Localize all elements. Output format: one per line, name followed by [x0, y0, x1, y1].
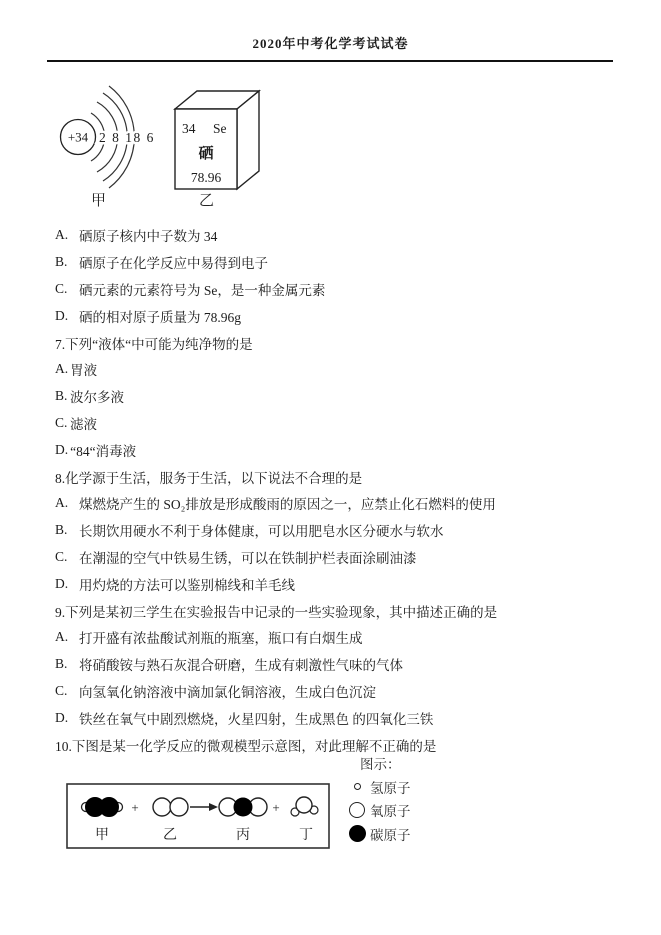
label-jia: 甲: [95, 827, 109, 843]
q9-option-d: D.铁丝在氧气中剧烈燃烧，火星四射，生成黑色 的四氧化三铁: [0, 704, 661, 731]
plus-sign-1: +: [131, 800, 138, 815]
q10-reaction-diagram: + + 甲 乙 丙 丁: [66, 783, 330, 849]
molecule-yi: [153, 798, 188, 816]
label-bing: 丙: [236, 827, 250, 843]
q8-stem: 8.化学源于生活，服务于生活，以下说法不合理的是: [0, 463, 661, 490]
page-title: 2020年中考化学考试试卷: [0, 33, 661, 52]
element-name: 硒: [198, 145, 213, 162]
q7-stem: 7.下列“液体“中可能为纯净物的是: [0, 329, 661, 356]
q9-option-b: B.将硝酸铵与熟石灰混合研磨，生成有刺激性气味的气体: [0, 651, 661, 678]
q7-option-b: B.波尔多液: [0, 383, 661, 410]
q6-figure: +34 2 8 18 6 34 Se 硒 78.96 甲 乙: [45, 85, 295, 213]
q8-option-c: C.在潮湿的空气中铁易生锈，可以在铁制护栏表面涂刷油漆: [0, 544, 661, 571]
exam-page: { "title": "2020年中考化学考试试卷", "q6": { "fig…: [0, 0, 661, 935]
label-ding: 丁: [299, 827, 313, 843]
molecule-bing: [219, 798, 267, 817]
molecule-ding: [291, 797, 318, 816]
q10-stem: 10.下图是某一化学反应的微观模型示意图，对此理解不正确的是: [0, 731, 661, 758]
q7-option-a: A.胃液: [0, 356, 661, 383]
element-cell-cube: 34 Se 硒 78.96: [165, 85, 275, 205]
hydrogen-atom-icon: [344, 783, 370, 790]
q6-option-d: D.硒的相对原子质量为 78.96g: [0, 302, 661, 329]
carbon-atom-icon: [344, 825, 370, 842]
q10-legend: 图示： 氢原子 氧原子 碳原子: [344, 751, 494, 846]
q6-option-c: C.硒元素的元素符号为 Se，是一种金属元素: [0, 276, 661, 303]
legend-item-carbon: 碳原子: [344, 822, 494, 846]
reaction-arrow-icon: [190, 803, 218, 811]
label-yi: 乙: [163, 828, 177, 843]
q7-option-c: C.滤液: [0, 410, 661, 437]
atom-diagram-label: 甲: [91, 189, 106, 210]
legend-item-oxygen: 氧原子: [344, 799, 494, 823]
legend-title: 图示：: [344, 751, 494, 775]
element-symbol: Se: [213, 121, 227, 136]
element-cell-label: 乙: [199, 189, 214, 210]
q9-option-c: C.向氢氧化钠溶液中滴加氯化铜溶液，生成白色沉淀: [0, 678, 661, 705]
q8-option-a: A.煤燃烧产生的 SO₂排放是形成酸雨的原因之一，应禁止化石燃料的使用: [0, 490, 661, 517]
q8-option-d: D.用灼烧的方法可以鉴别棉线和羊毛线: [0, 570, 661, 597]
q6-option-b: B.硒原子在化学反应中易得到电子: [0, 249, 661, 276]
question-text-body: A.硒原子核内中子数为 34 B.硒原子在化学反应中易得到电子 C.硒元素的元素…: [0, 222, 661, 758]
q8-option-b: B.长期饮用硬水不利于身体健康，可以用肥皂水区分硬水与软水: [0, 517, 661, 544]
q9-stem: 9.下列是某初三学生在实验报告中记录的一些实验现象，其中描述正确的是: [0, 597, 661, 624]
oxygen-atom-icon: [344, 802, 370, 818]
q6-option-a: A.硒原子核内中子数为 34: [0, 222, 661, 249]
molecule-jia: [82, 798, 123, 817]
atomic-number: 34: [182, 121, 196, 136]
legend-item-hydrogen: 氢原子: [344, 775, 494, 799]
atomic-mass: 78.96: [191, 170, 222, 185]
header-divider: [47, 60, 613, 62]
shell-electron-counts: 2 8 18 6: [99, 130, 155, 145]
nucleus-charge: +34: [68, 130, 89, 145]
plus-sign-2: +: [272, 800, 279, 815]
q9-option-a: A.打开盛有浓盐酸试剂瓶的瓶塞，瓶口有白烟生成: [0, 624, 661, 651]
q7-option-d: D.“84“消毒液: [0, 436, 661, 463]
